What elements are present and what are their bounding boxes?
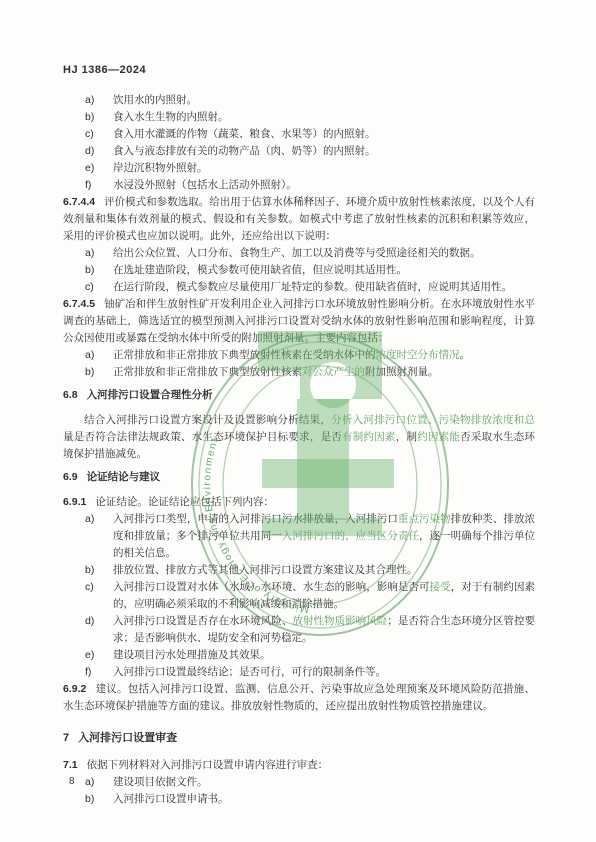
list-item: b)食入水生生物的内照射。 (63, 109, 535, 126)
text-run: 放射性物质影响风险 (292, 615, 387, 627)
text-run: 。 (460, 349, 471, 361)
item-label: b) (85, 562, 94, 579)
item-label: c) (85, 579, 94, 596)
item-label: f) (85, 664, 91, 681)
item-label: b) (85, 364, 94, 381)
paragraph: 6.9.1论证结论。论证结论应包括下列内容： (63, 494, 535, 511)
list-item: c)在运行阶段，模式参数应尽量使用厂址特定的参数。使用缺省值时，应说明其适用性。 (63, 279, 535, 296)
item-label: b) (85, 109, 94, 126)
clause-number: 6.7.4.5 (63, 298, 95, 310)
item-label: b) (85, 262, 94, 279)
text-run: 给出公众位置、人口分布、食物生产、加工以及消费等与受照途径相关的数据。 (113, 247, 481, 259)
text-run: 食入与液态排放有关的动物产品（肉、奶等）的内照射。 (113, 145, 376, 157)
list-item: a)正常排放和非正常排放下典型放射性核素在受纳水体中的浓度时空分布情况。 (63, 347, 535, 364)
text-run: 入河排污口设置审查 (78, 732, 177, 744)
item-label: a) (85, 774, 94, 791)
document-page: HJ 1386—2024 a)饮用水的内照射。b)食入水生生物的内照射。c)食入… (0, 0, 596, 842)
text-run: ，制 (396, 431, 417, 443)
page-number: 8 (69, 773, 75, 790)
item-label: c) (85, 279, 94, 296)
paragraph: 6.9.2建议。包括入河排污口设置、监测、信息公开、污染事故应急处理预案及环境风… (63, 681, 535, 715)
paragraph: 6.7.4.4评价模式和参数选取。给出用于估算水体稀释因子、环境介质中放射性核素… (63, 194, 535, 245)
item-label: a) (85, 92, 94, 109)
list-item: b)排放位置、排放方式等其他入河排污口设置方案建议及其合理性。 (63, 562, 535, 579)
section-heading: 6.9论证结论与建议 (63, 469, 535, 486)
text-run: 建设项目污水处理措施及其效果。 (113, 649, 271, 661)
text-run: 重点污染物 (398, 513, 451, 525)
text-run: 入河排污口设置合理性分析 (87, 389, 213, 401)
clause-number: 6.8 (63, 389, 78, 401)
text-run: 有制约因素 (342, 431, 396, 443)
list-item: e)岸边沉积物外照射。 (63, 160, 535, 177)
list-item: d)食入与液态排放有关的动物产品（肉、奶等）的内照射。 (63, 143, 535, 160)
paragraph: 结合入河排污口设置方案设计及设置影响分析结果，分析入河排污口位置、污染物排放浓度… (63, 412, 535, 463)
item-label: e) (85, 160, 94, 177)
text-run: 食入水生生物的内照射。 (113, 111, 229, 123)
text-run: 入河排污口类型，申请的入河排污口污水排放量，入河排污口 (113, 513, 398, 525)
text-run: 对公众产生的 (302, 366, 365, 378)
list-item: a)入河排污口类型，申请的入河排污口污水排放量，入河排污口重点污染物排放种类、排… (63, 511, 535, 562)
text-run: 正常排放和非正常排放下典型放射性核素 (113, 366, 302, 378)
text-run: 铀矿冶和伴生放射性矿开发利用企业入河排污口水环境放射性影响分析。在水环境放射性水… (63, 298, 535, 344)
item-label: e) (85, 647, 94, 664)
list-item: c)食入用水灌溉的作物（蔬菜、粮食、水果等）的内照射。 (63, 126, 535, 143)
item-label: a) (85, 347, 94, 364)
section-heading: 6.8入河排污口设置合理性分析 (63, 387, 535, 404)
section-heading: 7入河排污口设置审查 (63, 730, 535, 747)
paragraph: 6.7.4.5铀矿冶和伴生放射性矿开发利用企业入河排污口水环境放射性影响分析。在… (63, 296, 535, 347)
text-run: 分析入河排污口位置、污染物排放浓度和总 (331, 414, 535, 426)
item-label: b) (85, 791, 94, 808)
text-run: 在选址建造阶段，模式参数可使用缺省值，但应说明其适用性。 (113, 264, 407, 276)
item-label: d) (85, 143, 94, 160)
text-run: 水浸没外照射（包括水上活动外照射）。 (113, 179, 297, 191)
clause-number: 6.9.2 (63, 683, 86, 695)
clause-number: 6.9.1 (63, 496, 86, 508)
item-label: d) (85, 613, 94, 630)
clause-number: 7 (63, 732, 69, 744)
text-run: 约因素能 (417, 431, 460, 443)
text-run: 入河排污口的，应当区分责任 (282, 530, 419, 542)
list-item: b)在选址建造阶段，模式参数可使用缺省值，但应说明其适用性。 (63, 262, 535, 279)
text-run: 正常排放和非正常排放下典型放射性核素在受纳水体中的 (113, 349, 376, 361)
text-run: 在运行阶段，模式参数应尽量使用厂址特定的参数。使用缺省值时，应说明其适用性。 (113, 281, 512, 293)
paragraph: 7.1依据下列材料对入河排污口设置申请内容进行审查： (63, 757, 535, 774)
list-item: a)给出公众位置、人口分布、食物生产、加工以及消费等与受照途径相关的数据。 (63, 245, 535, 262)
list-item: e)建设项目污水处理措施及其效果。 (63, 647, 535, 664)
text-run: 论证结论与建议 (87, 471, 161, 483)
text-run: 评价模式和参数选取。给出用于估算水体稀释因子、环境介质中放射性核素浓度，以及个人… (63, 196, 535, 242)
document-body: a)饮用水的内照射。b)食入水生生物的内照射。c)食入用水灌溉的作物（蔬菜、粮食… (63, 92, 535, 808)
text-run: 论证结论。论证结论应包括下列内容： (95, 496, 274, 508)
text-run: 附加照射剂量。 (365, 366, 439, 378)
clause-number: 6.9 (63, 471, 78, 483)
text-run: 岸边沉积物外照射。 (113, 162, 208, 174)
page-content: HJ 1386—2024 a)饮用水的内照射。b)食入水生生物的内照射。c)食入… (0, 0, 596, 808)
text-run: 建设项目依据文件。 (113, 776, 208, 788)
clause-number: 7.1 (63, 759, 78, 771)
text-run: 量是否符合法律法规政策、水生态环境保护目标要求，是否 (63, 431, 342, 443)
standard-number-header: HJ 1386—2024 (63, 62, 535, 79)
text-run: 食入用水灌溉的作物（蔬菜、粮食、水果等）的内照射。 (113, 128, 376, 140)
text-run: 入河排污口设置申请书。 (113, 793, 229, 805)
text-run: 入河排污口设置是否存在水环境风险、 (113, 615, 292, 627)
clause-number: 6.7.4.4 (63, 196, 95, 208)
text-run: 结合入河排污口设置方案设计及设置影响分析结果， (84, 414, 331, 426)
text-run: 饮用水的内照射。 (113, 94, 197, 106)
list-item: f)入河排污口设置最终结论；是否可行，可行的限制条件等。 (63, 664, 535, 681)
item-label: a) (85, 511, 94, 528)
text-run: 入河排污口设置对水体（水域）水环境、水生态的影响，影响是否可 (113, 581, 430, 593)
list-item: b)正常排放和非正常排放下典型放射性核素对公众产生的附加照射剂量。 (63, 364, 535, 381)
list-item: b)入河排污口设置申请书。 (63, 791, 535, 808)
item-label: a) (85, 245, 94, 262)
text-run: 浓度时空分布情况 (376, 349, 460, 361)
list-item: a)建设项目依据文件。 (63, 774, 535, 791)
list-item: c)入河排污口设置对水体（水域）水环境、水生态的影响，影响是否可接受，对于有制约… (63, 579, 535, 613)
item-label: f) (85, 177, 91, 194)
text-run: 建议。包括入河排污口设置、监测、信息公开、污染事故应急处理预案及环境风险防范措施… (63, 683, 535, 712)
item-label: c) (85, 126, 94, 143)
list-item: d)入河排污口设置是否存在水环境风险、放射性物质影响风险；是否符合生态环境分区管… (63, 613, 535, 647)
text-run: 接受 (430, 581, 451, 593)
text-run: 排放位置、排放方式等其他入河排污口设置方案建议及其合理性。 (113, 564, 418, 576)
list-item: a)饮用水的内照射。 (63, 92, 535, 109)
text-run: 入河排污口设置最终结论；是否可行，可行的限制条件等。 (113, 666, 386, 678)
text-run: 依据下列材料对入河排污口设置申请内容进行审查： (87, 759, 329, 771)
list-item: f)水浸没外照射（包括水上活动外照射）。 (63, 177, 535, 194)
